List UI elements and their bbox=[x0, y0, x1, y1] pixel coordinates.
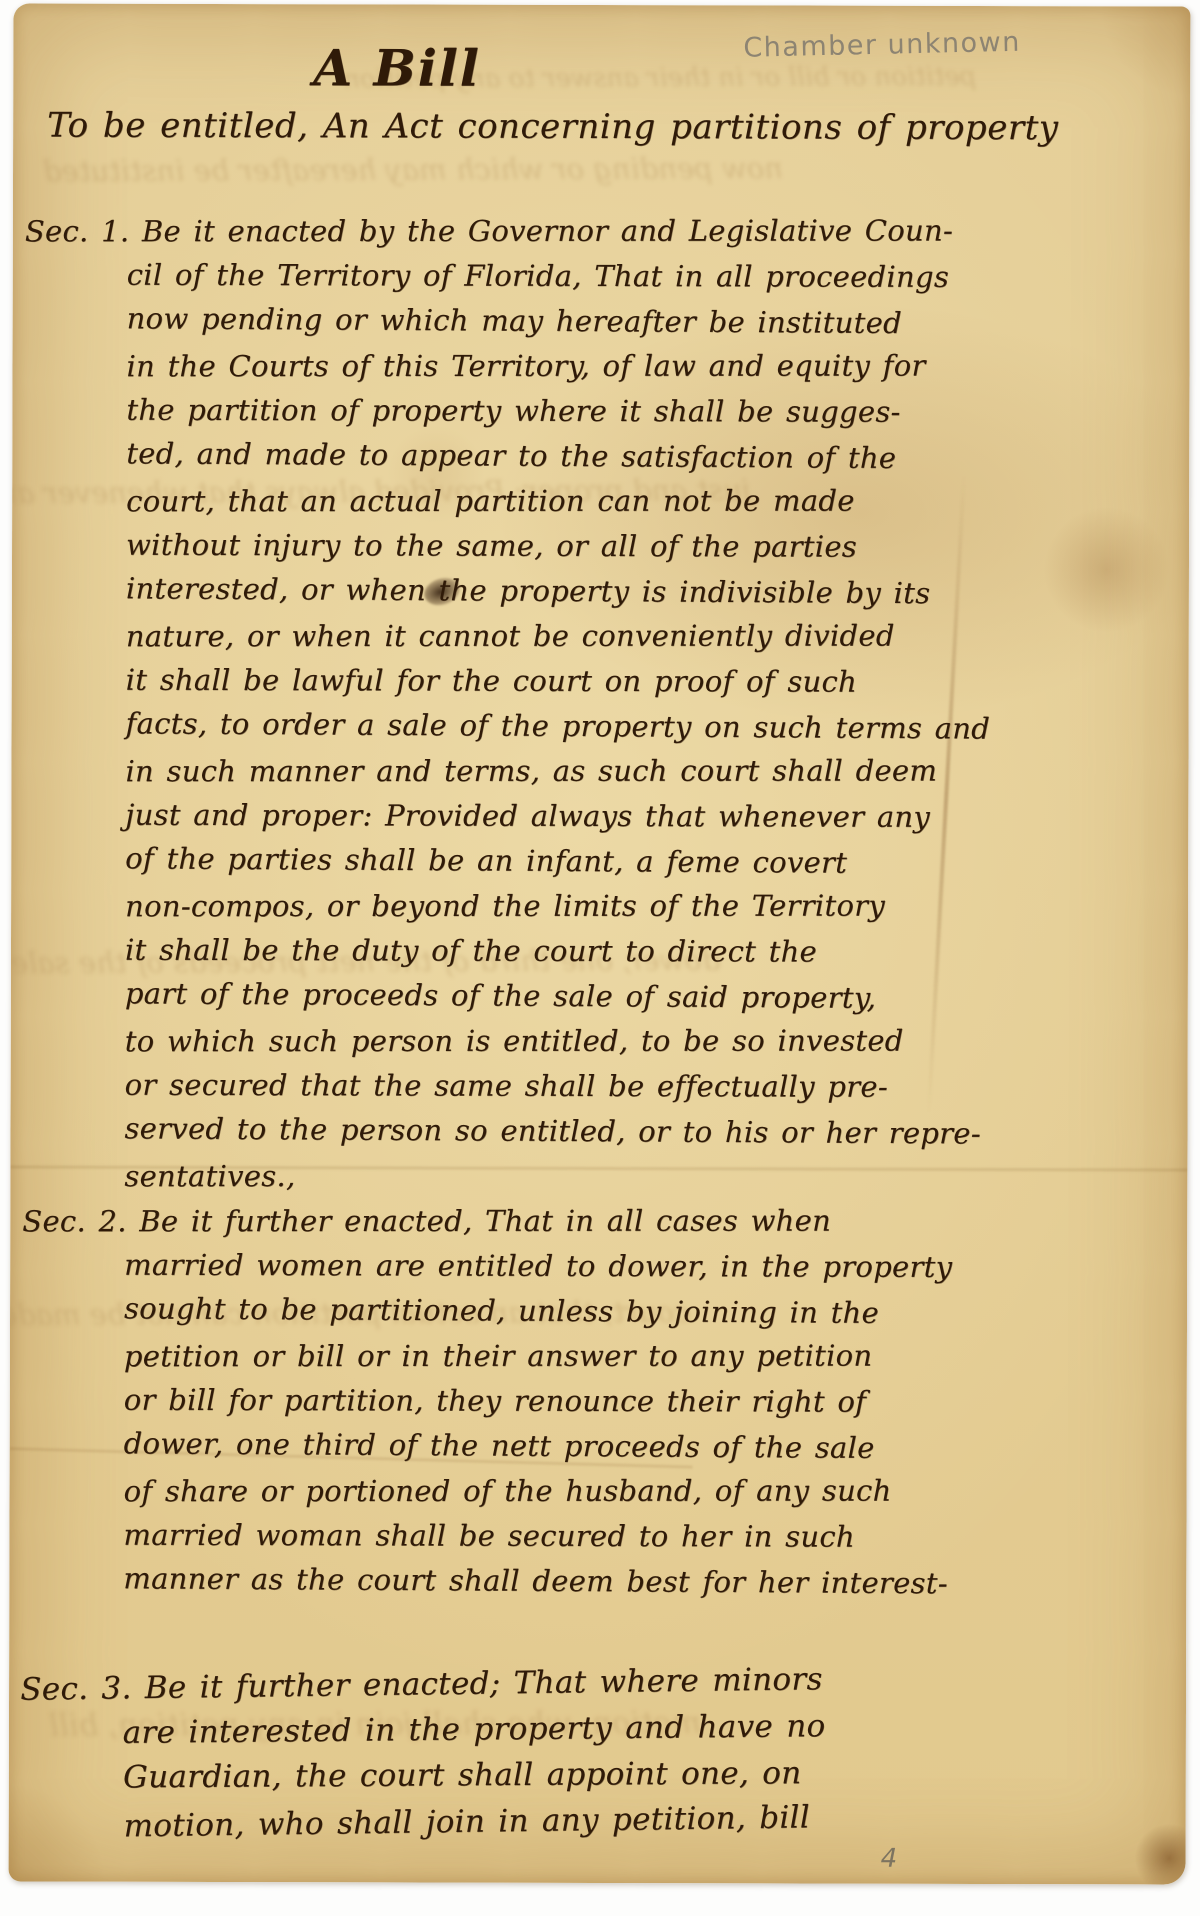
manuscript-line: it shall be the duty of the court to dir… bbox=[23, 927, 1073, 975]
paper-sheet: now pending or which may hereafter be in… bbox=[9, 3, 1191, 1884]
page-number: 4 bbox=[881, 1844, 898, 1874]
chamber-annotation: Chamber unknown bbox=[743, 27, 1021, 64]
section-3: Sec. 3. Be it further enacted; That wher… bbox=[20, 1655, 1072, 1849]
manuscript-line: or bill for partition, they renounce the… bbox=[22, 1377, 1072, 1425]
manuscript-line: in such manner and terms, as such court … bbox=[23, 748, 1073, 794]
manuscript-content: A Bill To be entitled, An Act concerning… bbox=[9, 3, 1076, 1845]
manuscript-line: nature, or when it cannot be convenientl… bbox=[24, 613, 1074, 659]
manuscript-line: manner as the court shall deem best for … bbox=[21, 1556, 1071, 1607]
section-2: Sec. 2. Be it further enacted, That in a… bbox=[21, 1197, 1072, 1605]
section-1: Sec. 1. Be it enacted by the Governor an… bbox=[22, 207, 1075, 1200]
manuscript-line: of share or portioned of the husband, of… bbox=[22, 1468, 1072, 1514]
manuscript-line: the partition of property where it shall… bbox=[24, 387, 1074, 435]
manuscript-line: Sec. 2. Be it further enacted, That in a… bbox=[22, 1198, 1072, 1244]
manuscript-line: petition or bill or in their answer to a… bbox=[22, 1333, 1072, 1379]
manuscript-line: it shall be lawful for the court on proo… bbox=[24, 657, 1074, 705]
manuscript-line: cil of the Territory of Florida, That in… bbox=[25, 252, 1075, 300]
manuscript-line: ted, and made to appear to the satisfact… bbox=[24, 431, 1074, 482]
manuscript-line: married women are entitled to dower, in … bbox=[22, 1242, 1072, 1290]
manuscript-line: of the parties shall be an infant, a fem… bbox=[23, 836, 1073, 887]
manuscript-photo: now pending or which may hereafter be in… bbox=[0, 0, 1200, 1916]
manuscript-line: to which such person is entitled, to be … bbox=[23, 1018, 1073, 1064]
manuscript-line: sentatives., bbox=[22, 1153, 1072, 1199]
manuscript-line: facts, to order a sale of the property o… bbox=[23, 701, 1073, 752]
manuscript-line: married woman shall be secured to her in… bbox=[21, 1512, 1071, 1560]
manuscript-line: served to the person so entitled, or to … bbox=[22, 1106, 1072, 1157]
manuscript-line: now pending or which may hereafter be in… bbox=[25, 296, 1075, 347]
manuscript-line: non-compos, or beyond the limits of the … bbox=[23, 883, 1073, 929]
manuscript-line: dower, one third of the nett proceeds of… bbox=[22, 1421, 1072, 1472]
manuscript-line: sought to be partitioned, unless by join… bbox=[22, 1286, 1072, 1337]
manuscript-line: just and proper: Provided always that wh… bbox=[23, 792, 1073, 840]
bill-caption: To be entitled, An Act concerning partit… bbox=[47, 102, 1075, 153]
manuscript-line: court, that an actual partition can not … bbox=[24, 478, 1074, 524]
manuscript-line: in the Courts of this Territory, of law … bbox=[24, 343, 1074, 389]
manuscript-line: Sec. 1. Be it enacted by the Governor an… bbox=[25, 208, 1075, 254]
manuscript-line: interested, or when the property is indi… bbox=[24, 566, 1074, 617]
manuscript-line: part of the proceeds of the sale of said… bbox=[23, 971, 1073, 1022]
manuscript-line: or secured that the same shall be effect… bbox=[23, 1062, 1073, 1110]
manuscript-line: without injury to the same, or all of th… bbox=[24, 522, 1074, 570]
